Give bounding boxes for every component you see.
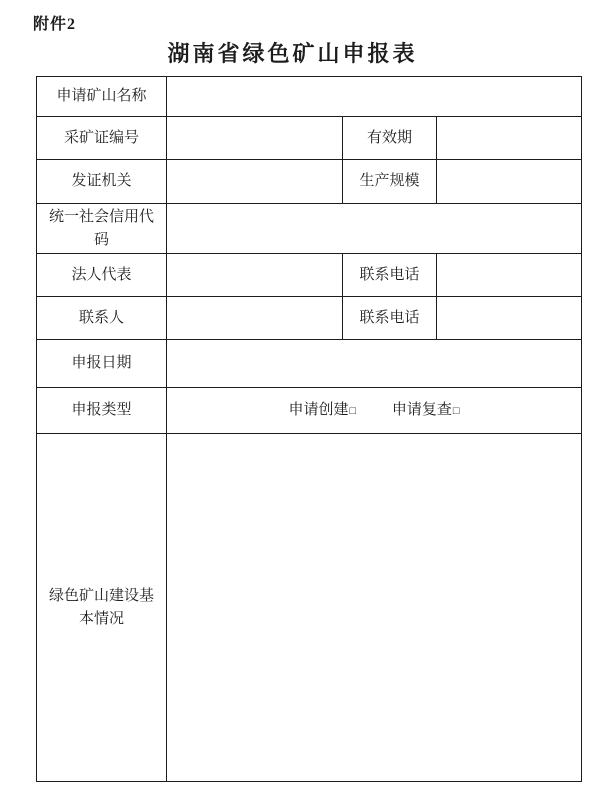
row-authority: 发证机关 生产规模	[37, 160, 582, 204]
contact-phone-label: 联系电话	[343, 297, 437, 340]
row-license: 采矿证编号 有效期	[37, 117, 582, 160]
validity-period-value-field[interactable]	[437, 117, 582, 160]
mining-license-label: 采矿证编号	[37, 117, 167, 160]
legal-rep-phone-value-field[interactable]	[437, 254, 582, 297]
checkbox-apply-review-icon[interactable]: □	[453, 405, 460, 417]
contact-person-label: 联系人	[37, 297, 167, 340]
row-credit-code: 统一社会信用代码	[37, 204, 582, 254]
validity-period-label: 有效期	[343, 117, 437, 160]
contact-person-value-field[interactable]	[167, 297, 343, 340]
mine-name-label: 申请矿山名称	[37, 77, 167, 117]
page-title: 湖南省绿色矿山申报表	[0, 37, 585, 68]
issuing-authority-label: 发证机关	[37, 160, 167, 204]
mine-name-value-field[interactable]	[167, 77, 582, 117]
application-type-label: 申报类型	[37, 388, 167, 434]
attachment-label: 附件2	[33, 11, 76, 34]
legal-representative-value-field[interactable]	[167, 254, 343, 297]
application-date-label: 申报日期	[37, 340, 167, 388]
social-credit-code-label: 统一社会信用代码	[37, 204, 167, 254]
mining-license-value-field[interactable]	[167, 117, 343, 160]
application-form-table: 申请矿山名称 采矿证编号 有效期 发证机关 生产规模 统一社会信用代码 法人代表…	[36, 76, 582, 782]
production-scale-label: 生产规模	[343, 160, 437, 204]
contact-phone-value-field[interactable]	[437, 297, 582, 340]
option-apply-review-label: 申请复查	[392, 402, 452, 418]
row-application-type: 申报类型 申请创建□ 申请复查□	[37, 388, 582, 434]
checkbox-apply-create-icon[interactable]: □	[349, 405, 356, 417]
legal-representative-label: 法人代表	[37, 254, 167, 297]
document-page: 附件2 湖南省绿色矿山申报表 申请矿山名称 采矿证编号 有效期 发证机关 生产规…	[0, 0, 611, 802]
row-application-date: 申报日期	[37, 340, 582, 388]
construction-overview-value-field[interactable]	[167, 434, 582, 782]
option-apply-create-label: 申请创建	[288, 402, 348, 418]
row-mine-name: 申请矿山名称	[37, 77, 582, 117]
production-scale-value-field[interactable]	[437, 160, 582, 204]
row-legal-rep: 法人代表 联系电话	[37, 254, 582, 297]
option-apply-create[interactable]: 申请创建□	[288, 399, 356, 422]
construction-overview-label: 绿色矿山建设基本情况	[37, 434, 167, 782]
row-contact: 联系人 联系电话	[37, 297, 582, 340]
option-apply-review[interactable]: 申请复查□	[392, 399, 460, 422]
application-date-value-field[interactable]	[167, 340, 582, 388]
social-credit-code-value-field[interactable]	[167, 204, 582, 254]
issuing-authority-value-field[interactable]	[167, 160, 343, 204]
legal-rep-phone-label: 联系电话	[343, 254, 437, 297]
row-construction-overview: 绿色矿山建设基本情况	[37, 434, 582, 782]
application-type-options: 申请创建□ 申请复查□	[167, 388, 582, 434]
